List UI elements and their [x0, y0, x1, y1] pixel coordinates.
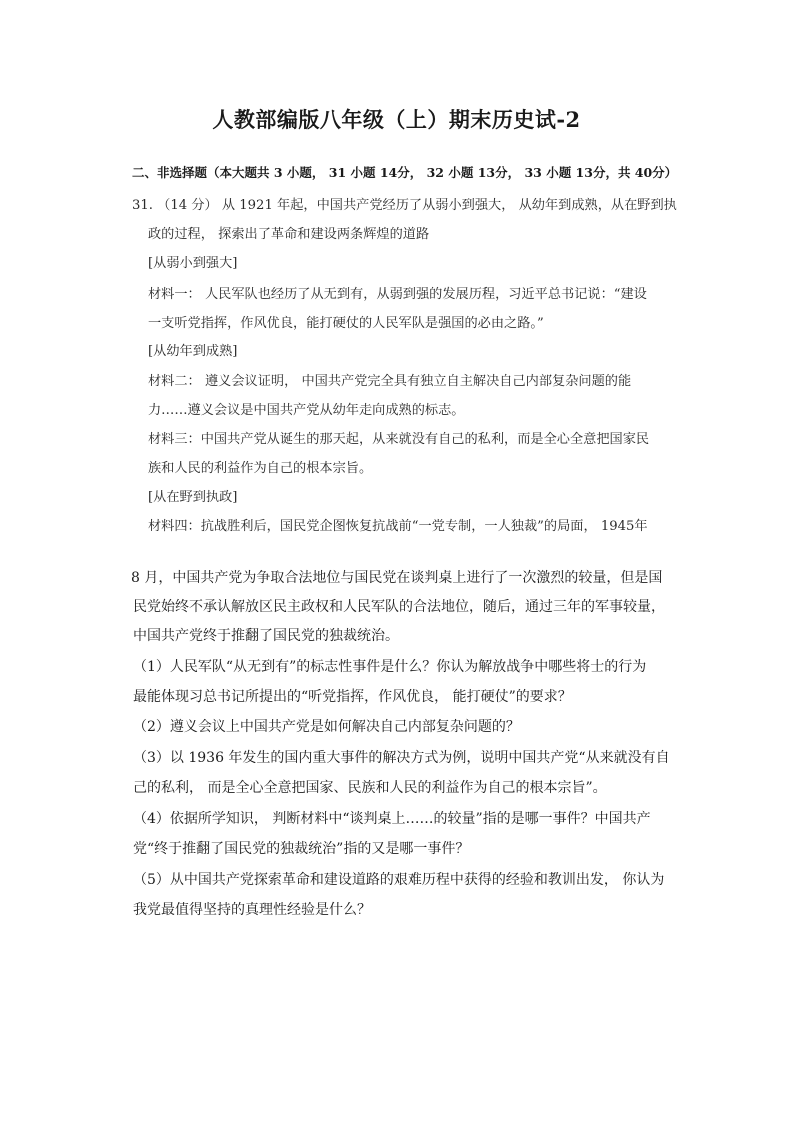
sub-question-2: （2）遵义会议上中国共产党是如何解决自己内部复杂问题的？ [133, 716, 520, 736]
question-31-intro-line-2: 政的过程， 探索出了革命和建设两条辉煌的道路 [148, 223, 429, 242]
material-4-line-3: 民党始终不承认解放区民主政权和人民军队的合法地位，随后，通过三年的军事较量， [133, 596, 665, 616]
part-heading-weak-to-strong: [从弱小到强大] [148, 252, 237, 271]
sub-question-4-line-1: （4）依据所学知识， 判断材料中“谈判桌上……的较量”指的是哪一事件？中国共产 [133, 808, 651, 828]
material-3-line-2: 族和人民的利益作为自己的根本宗旨。 [148, 457, 372, 476]
material-1-line-2: 一支听党指挥，作风优良，能打硬仗的人民军队是强国的必由之路。” [148, 312, 544, 331]
sub-question-1-line-2: 最能体现习总书记所提出的“听党指挥，作风优良， 能打硬仗”的要求？ [133, 686, 572, 706]
material-2-line-2: 力……遵义会议是中国共产党从幼年走向成熟的标志。 [148, 399, 465, 418]
part-heading-opposition-to-ruling: [从在野到执政] [148, 486, 237, 505]
material-4-line-4: 中国共产党终于推翻了国民党的独裁统治。 [133, 625, 399, 645]
section-heading: 二、非选择题（本大题共 3 小题， 31 小题 14分， 32 小题 13分， … [132, 163, 677, 181]
material-4-line-1: 材料四：抗战胜利后，国民党企图恢复抗战前“一党专制，一人独裁”的局面， 1945… [148, 515, 648, 534]
document-page: 人教部编版八年级（上）期末历史试-2 二、非选择题（本大题共 3 小题， 31 … [0, 0, 793, 1122]
material-1-line-1: 材料一： 人民军队也经历了从无到有，从弱到强的发展历程，习近平总书记说：“建设 [148, 283, 647, 302]
sub-question-4-line-2: 党“终于推翻了国民党的独裁统治”指的又是哪一事件？ [133, 838, 469, 858]
sub-question-5-line-1: （5）从中国共产党探索革命和建设道路的艰难历程中获得的经验和教训出发， 你认为 [133, 869, 664, 889]
material-4-line-2: 8 月，中国共产党为争取合法地位与国民党在谈判桌上进行了一次激烈的较量，但是国 [131, 567, 662, 587]
material-3-line-1: 材料三：中国共产党从诞生的那天起，从来就没有自己的私利，而是全心全意把国家民 [148, 428, 649, 447]
sub-question-3-line-2: 己的私利， 而是全心全意把国家、民族和人民的利益作为自己的根本宗旨”。 [133, 777, 607, 797]
sub-question-1-line-1: （1）人民军队“从无到有”的标志性事件是什么？你认为解放战争中哪些将士的行为 [133, 656, 646, 676]
material-2-line-1: 材料二： 遵义会议证明， 中国共产党完全具有独立自主解决自己内部复杂问题的能 [148, 370, 631, 389]
sub-question-3-line-1: （3）以 1936 年发生的国内重大事件的解决方式为例，说明中国共产党“从来就没… [133, 747, 670, 767]
page-title: 人教部编版八年级（上）期末历史试-2 [0, 104, 793, 134]
part-heading-young-to-mature: [从幼年到成熟] [148, 340, 237, 359]
sub-question-5-line-2: 我党最值得坚持的真理性经验是什么？ [133, 899, 371, 919]
question-31-intro-line-1: 31. （14 分） 从 1921 年起，中国共产党经历了从弱小到强大， 从幼年… [132, 194, 677, 213]
